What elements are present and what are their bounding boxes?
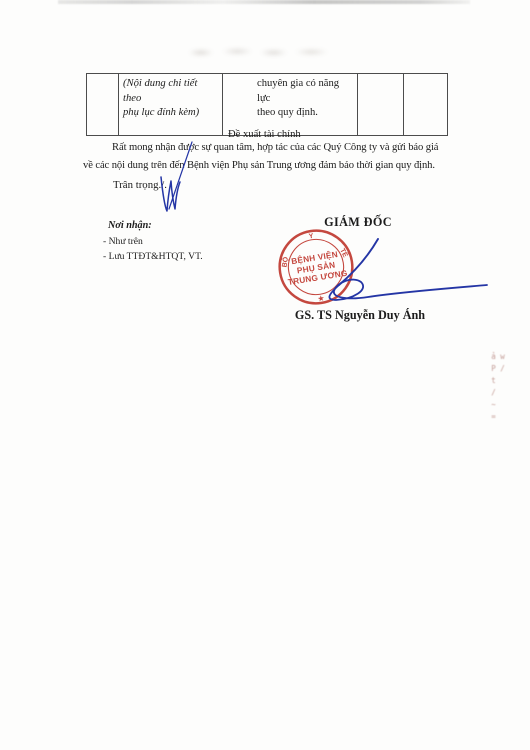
recipients-block: Nơi nhận: - Như trên - Lưu TTĐT&HTQT, VT… — [103, 220, 203, 264]
hospital-seal-stamp: Y BỘ TẾ ★ BỆNH VIỆN PHỤ SẢN TRUNG ƯƠNG — [270, 221, 362, 313]
table-cell-requirements: chuyên gia có năng lực theo quy định. Đề… — [223, 74, 358, 135]
seal-ring-top-text: Y — [308, 233, 314, 241]
requirement-line: chuyên gia có năng lực — [227, 77, 353, 106]
table-cell-detail-note: (Nội dung chi tiết theo phụ lục đính kèm… — [119, 74, 223, 135]
table-cell-empty — [404, 74, 447, 135]
edge-bleed-vertical-text: w/ảPt/~= — [489, 352, 507, 447]
closing-paragraph: Rất mong nhận được sự quan tâm, hợp tác … — [83, 139, 455, 174]
signer-name: GS. TS Nguyễn Duy Ánh — [277, 308, 443, 323]
table-cell-empty — [358, 74, 404, 135]
scan-edge-streak — [58, 0, 470, 4]
paragraph-line: Rất mong nhận được sự quan tâm, hợp tác … — [83, 139, 455, 157]
recipient-item: - Như trên — [103, 235, 203, 250]
requirement-line: theo quy định. — [227, 106, 353, 121]
closing-salutation: Trân trọng./. — [113, 179, 167, 191]
detail-note-line: (Nội dung chi tiết theo — [123, 77, 218, 106]
table-cell-empty-left — [87, 74, 119, 135]
recipients-header: Nơi nhận: — [108, 220, 203, 231]
quotation-table: (Nội dung chi tiết theo phụ lục đính kèm… — [86, 73, 448, 136]
seal-star-icon: ★ — [317, 294, 325, 304]
recipient-item: - Lưu TTĐT&HTQT, VT. — [103, 250, 203, 265]
bleed-through-smudge — [182, 46, 340, 58]
document-page: w/ảPt/~= (Nội dung chi tiết theo phụ lục… — [0, 0, 530, 750]
paragraph-line: về các nội dung trên đến Bệnh viện Phụ s… — [83, 157, 455, 175]
detail-note-line: phụ lục đính kèm) — [123, 106, 218, 121]
